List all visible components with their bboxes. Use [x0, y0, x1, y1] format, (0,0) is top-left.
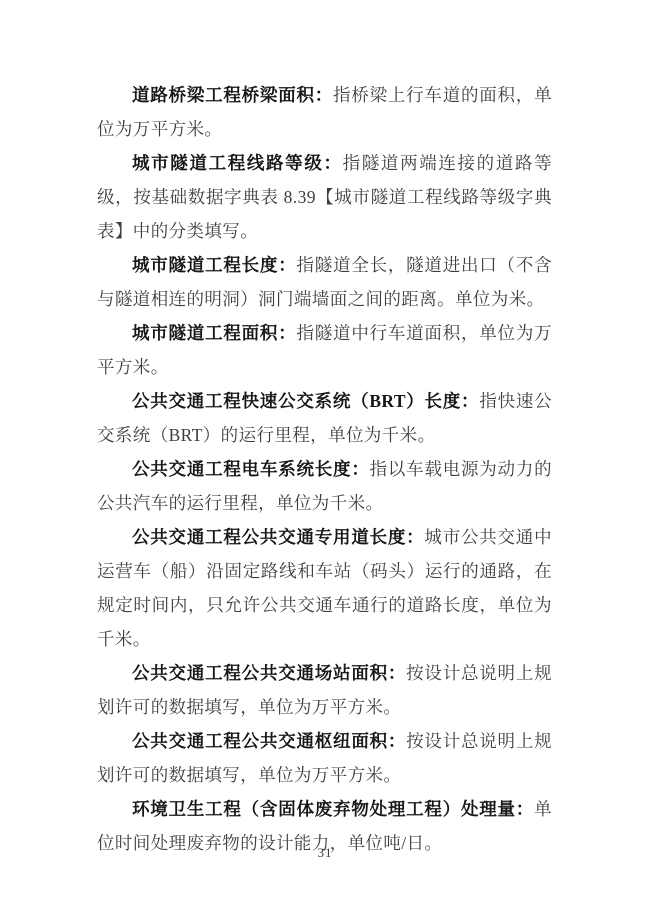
definition-paragraph: 城市隧道工程长度：指隧道全长，隧道进出口（不含与隧道相连的明洞）洞门端墙面之间的… [97, 248, 552, 316]
definition-paragraph: 公共交通工程公共交通专用道长度：城市公共交通中运营车（船）沿固定路线和车站（码头… [97, 520, 552, 656]
definition-term: 道路桥梁工程桥梁面积： [132, 85, 333, 105]
document-body: 道路桥梁工程桥梁面积：指桥梁上行车道的面积，单位为万平方米。 城市隧道工程线路等… [97, 78, 552, 860]
definition-paragraph: 公共交通工程快速公交系统（BRT）长度：指快速公交系统（BRT）的运行里程，单位… [97, 384, 552, 452]
definition-paragraph: 公共交通工程公共交通枢纽面积：按设计总说明上规划许可的数据填写，单位为万平方米。 [97, 724, 552, 792]
definition-term: 公共交通工程公共交通场站面积： [132, 663, 406, 683]
document-page: 道路桥梁工程桥梁面积：指桥梁上行车道的面积，单位为万平方米。 城市隧道工程线路等… [0, 0, 650, 919]
definition-term: 城市隧道工程线路等级： [132, 153, 343, 173]
definition-term: 城市隧道工程面积： [132, 323, 297, 343]
definition-term: 公共交通工程快速公交系统（BRT）长度： [132, 391, 479, 411]
definition-paragraph: 公共交通工程公共交通场站面积：按设计总说明上规划许可的数据填写，单位为万平方米。 [97, 656, 552, 724]
definition-paragraph: 公共交通工程电车系统长度：指以车载电源为动力的公共汽车的运行里程，单位为千米。 [97, 452, 552, 520]
definition-term: 公共交通工程电车系统长度： [132, 459, 370, 479]
page-number: 31 [0, 845, 650, 861]
definition-paragraph: 城市隧道工程面积：指隧道中行车道面积，单位为万平方米。 [97, 316, 552, 384]
definition-term: 城市隧道工程长度： [132, 255, 297, 275]
definition-paragraph: 道路桥梁工程桥梁面积：指桥梁上行车道的面积，单位为万平方米。 [97, 78, 552, 146]
definition-paragraph: 城市隧道工程线路等级：指隧道两端连接的道路等级，按基础数据字典表 8.39【城市… [97, 146, 552, 248]
definition-term: 环境卫生工程（含固体废弃物处理工程）处理量： [132, 799, 534, 819]
definition-term: 公共交通工程公共交通枢纽面积： [132, 731, 406, 751]
definition-term: 公共交通工程公共交通专用道长度： [132, 527, 424, 547]
